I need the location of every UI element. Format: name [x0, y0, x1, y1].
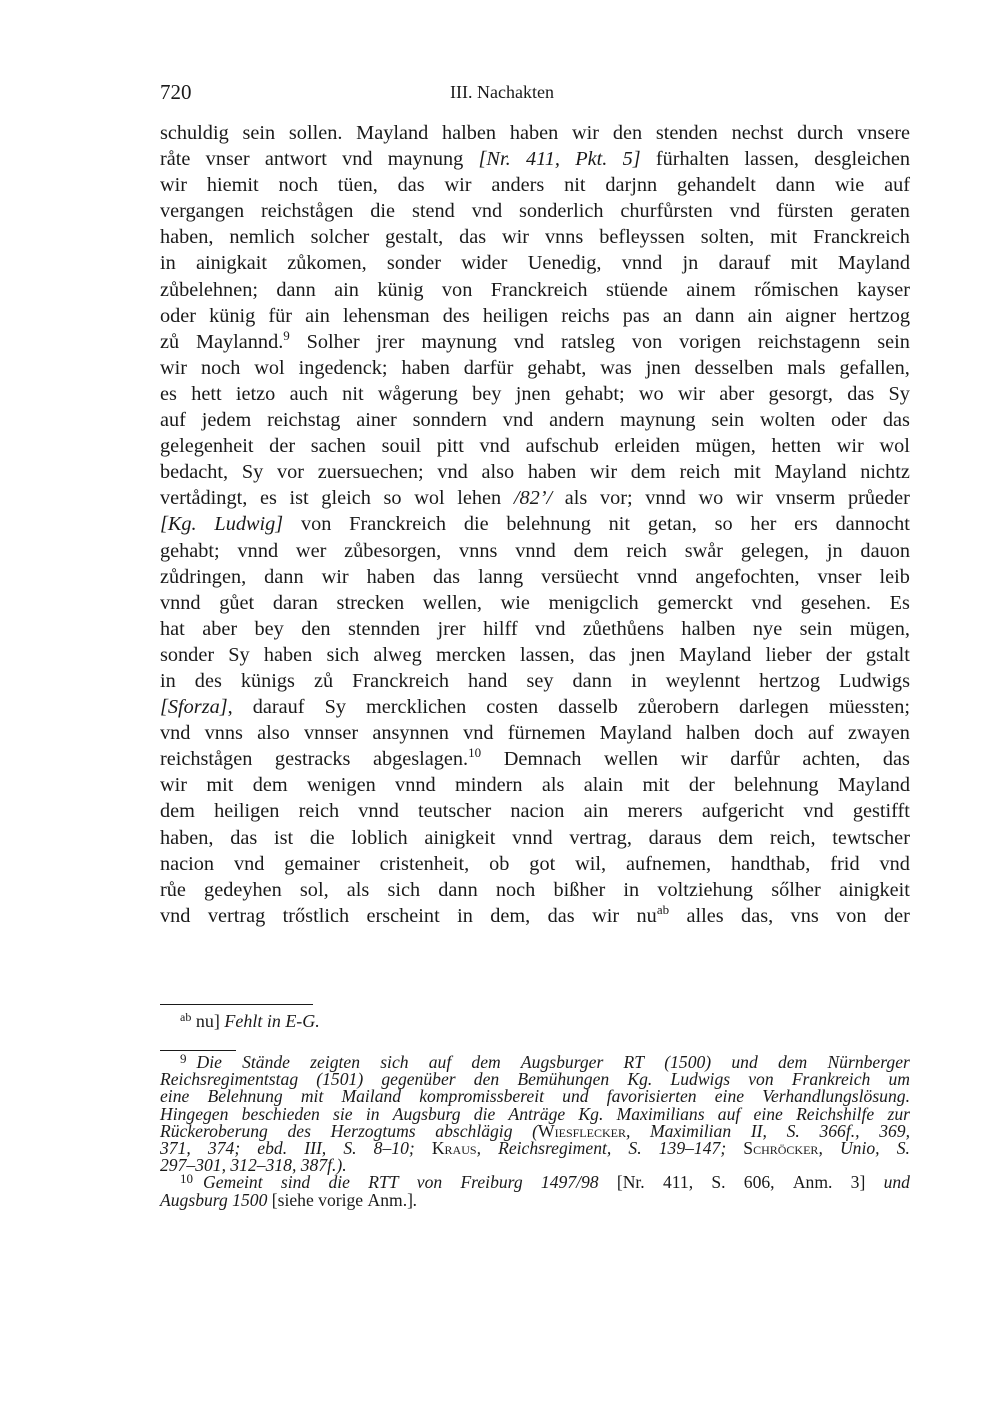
- body-line: [Sforza],daraufSymercklichencostendassel…: [160, 694, 910, 720]
- footnote-line: Augsburg1500[siehevorigeAnm.].: [160, 1192, 910, 1209]
- apparatus-text: Fehlt in E-G.: [224, 1011, 319, 1031]
- body-line: haben,nemlichsolchergestalt,daswirvnnsbe…: [160, 224, 910, 250]
- body-line: wirhiemitnochtüen,daswirandersnitdarjnng…: [160, 172, 910, 198]
- body-line: vergangenreichstågendiestendvndsonderlic…: [160, 198, 910, 224]
- body-line: wirnochwolingedenck;habendarfürgehabt,wa…: [160, 355, 910, 381]
- body-line: bedacht,Syvorzuersuechen;vndalsohabenwir…: [160, 459, 910, 485]
- body-line: demheiligenreichvnndteutschernacionainme…: [160, 798, 910, 824]
- body-line: aufjedemreichstagainersonndernvndandernm…: [160, 407, 910, 433]
- body-line: hataberbeydenstenndenjrerhilffvndzůethůe…: [160, 616, 910, 642]
- body-line: schuldigseinsollen.Maylandhalbenhabenwir…: [160, 120, 910, 146]
- body-text: schuldigseinsollen.Maylandhalbenhabenwir…: [160, 120, 910, 929]
- body-line: [Kg.Ludwig]vonFranckreichdiebelehnungnit…: [160, 511, 910, 537]
- apparatus-marker: ab: [180, 1010, 191, 1024]
- footnotes: 9DieStändezeigtensichaufdemAugsburgerRT(…: [160, 1054, 910, 1209]
- running-head: III. Nachakten: [0, 82, 1004, 103]
- apparatus-lemma: nu]: [196, 1011, 220, 1031]
- apparatus-note: ab nu] Fehlt in E-G.: [180, 1010, 320, 1032]
- body-line: gehabt;vnndwerzůbesorgen,vnnsvnnddemreic…: [160, 538, 910, 564]
- body-line: zůdringen,dannwirhabendaslanngversüechtv…: [160, 564, 910, 590]
- body-line: gelegenheitdersachensouilpittvndaufschub…: [160, 433, 910, 459]
- body-line: vndvertragtrőstlicherscheintindem,daswir…: [160, 903, 910, 929]
- body-line: nacionvndgemainercristenheit,obgotwil,au…: [160, 851, 910, 877]
- body-line: zůMaylannd.9Solherjrermaynungvndratslegv…: [160, 329, 910, 355]
- body-line: wirmitdemwenigenvnndmindernalsalainmitde…: [160, 772, 910, 798]
- body-line: zůbelehnen;dannainkünigvonFranckreichstü…: [160, 277, 910, 303]
- body-line: sonderSyhabensichalwegmerckenlassen,dasj…: [160, 642, 910, 668]
- body-line: růegedeyhensol,alssichdannnochbißherinvo…: [160, 877, 910, 903]
- footnote-number: 10: [180, 1171, 193, 1186]
- body-line: inainigkaitzůkomen,sonderwiderUenedig,vn…: [160, 250, 910, 276]
- body-line: vnndgůetdaranstreckenwellen,wiemenigclic…: [160, 590, 910, 616]
- footnote-number: 9: [180, 1051, 187, 1066]
- body-line: oderkünigfürainlehensmandesheiligenreich…: [160, 303, 910, 329]
- body-line: reichstågengestracksabgeslagen.10Demnach…: [160, 746, 910, 772]
- body-line: vertådingt,esistgleichsowollehen/82’/als…: [160, 485, 910, 511]
- body-line: indeskünigszůFranckreichhandseydanninwey…: [160, 668, 910, 694]
- apparatus-rule: [160, 1004, 313, 1005]
- body-line: haben,dasistdieloblichainigkeitvnndvertr…: [160, 825, 910, 851]
- body-line: eshettietzoauchnitwågerungbeyjnengehabt;…: [160, 381, 910, 407]
- body-line: vndvnnsalsovnnseransynnenvndfürnemenMayl…: [160, 720, 910, 746]
- footnote-rule: [160, 1050, 236, 1051]
- body-line: råtevnserantwortvndmaynung[Nr.411,Pkt.5]…: [160, 146, 910, 172]
